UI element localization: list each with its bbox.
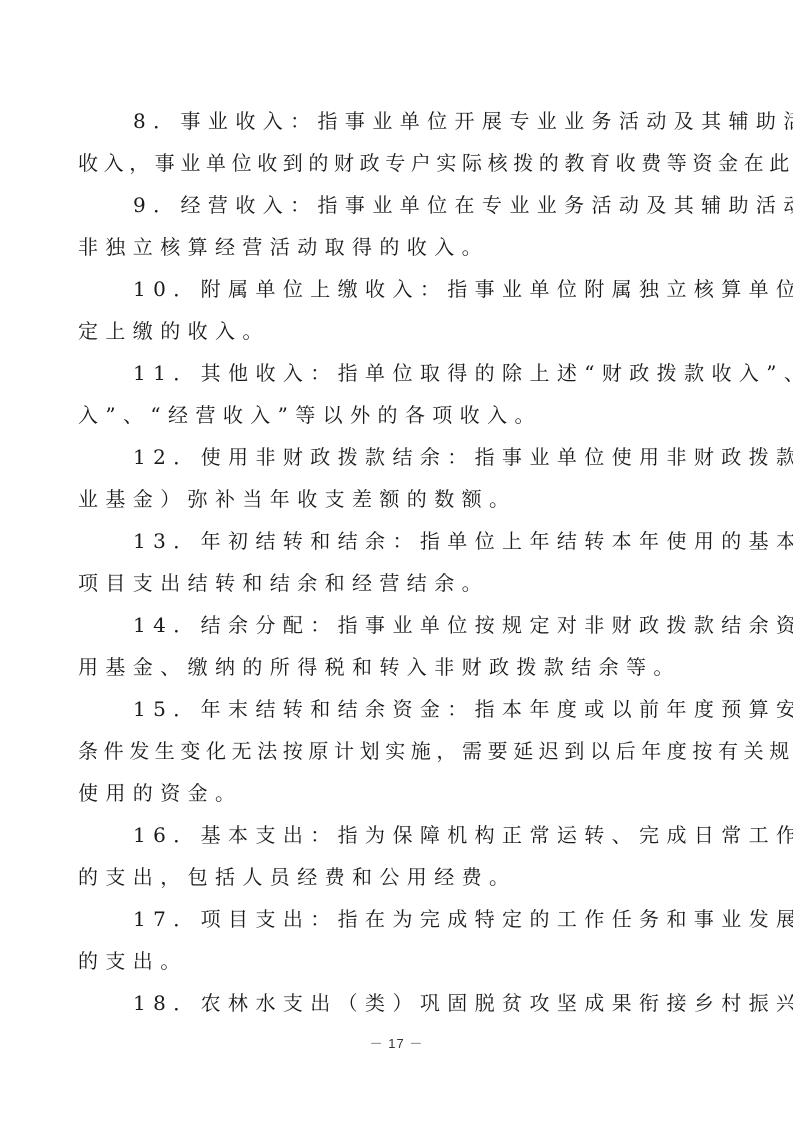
paragraph-12-line-1: 12．使用非财政拨款结余：指事业单位使用非财政拨款结余（原事 <box>78 436 748 478</box>
paragraph-11-line-1: 11．其他收入：指单位取得的除上述“财政拨款收入”、“事业收 <box>78 352 748 394</box>
page-number: － 17 － <box>0 1033 793 1052</box>
paragraph-10-line-2: 定上缴的收入。 <box>78 310 748 352</box>
paragraph-8-line-2: 收入，事业单位收到的财政专户实际核拨的教育收费等资金在此反映。 <box>78 142 748 184</box>
paragraph-15-line-2: 条件发生变化无法按原计划实施，需要延迟到以后年度按有关规定继续 <box>78 730 748 772</box>
paragraph-15-line-3: 使用的资金。 <box>78 772 748 814</box>
paragraph-18-line-1: 18．农林水支出（类）巩固脱贫攻坚成果衔接乡村振兴（款）贷款 <box>78 982 748 1024</box>
paragraph-17-line-2: 的支出。 <box>78 940 748 982</box>
paragraph-16-line-1: 16．基本支出：指为保障机构正常运转、完成日常工作任务而发生 <box>78 814 748 856</box>
paragraph-13-line-2: 项目支出结转和结余和经营结余。 <box>78 562 748 604</box>
paragraph-11-line-2: 入”、“经营收入”等以外的各项收入。 <box>78 394 748 436</box>
paragraph-9-line-1: 9．经营收入：指事业单位在专业业务活动及其辅助活动之外开展 <box>78 184 748 226</box>
paragraph-8-line-1: 8．事业收入：指事业单位开展专业业务活动及其辅助活动取得的 <box>78 100 748 142</box>
paragraph-10-line-1: 10．附属单位上缴收入：指事业单位附属独立核算单位按照有关规 <box>78 268 748 310</box>
document-body: 8．事业收入：指事业单位开展专业业务活动及其辅助活动取得的 收入，事业单位收到的… <box>78 100 748 1024</box>
paragraph-14-line-2: 用基金、缴纳的所得税和转入非财政拨款结余等。 <box>78 646 748 688</box>
paragraph-13-line-1: 13．年初结转和结余：指单位上年结转本年使用的基本支出结转、 <box>78 520 748 562</box>
paragraph-16-line-2: 的支出，包括人员经费和公用经费。 <box>78 856 748 898</box>
paragraph-14-line-1: 14．结余分配：指事业单位按规定对非财政拨款结余资金提取的专 <box>78 604 748 646</box>
paragraph-9-line-2: 非独立核算经营活动取得的收入。 <box>78 226 748 268</box>
paragraph-17-line-1: 17．项目支出：指在为完成特定的工作任务和事业发展目标所发生 <box>78 898 748 940</box>
paragraph-12-line-2: 业基金）弥补当年收支差额的数额。 <box>78 478 748 520</box>
paragraph-15-line-1: 15．年末结转和结余资金：指本年度或以前年度预算安排、因客观 <box>78 688 748 730</box>
